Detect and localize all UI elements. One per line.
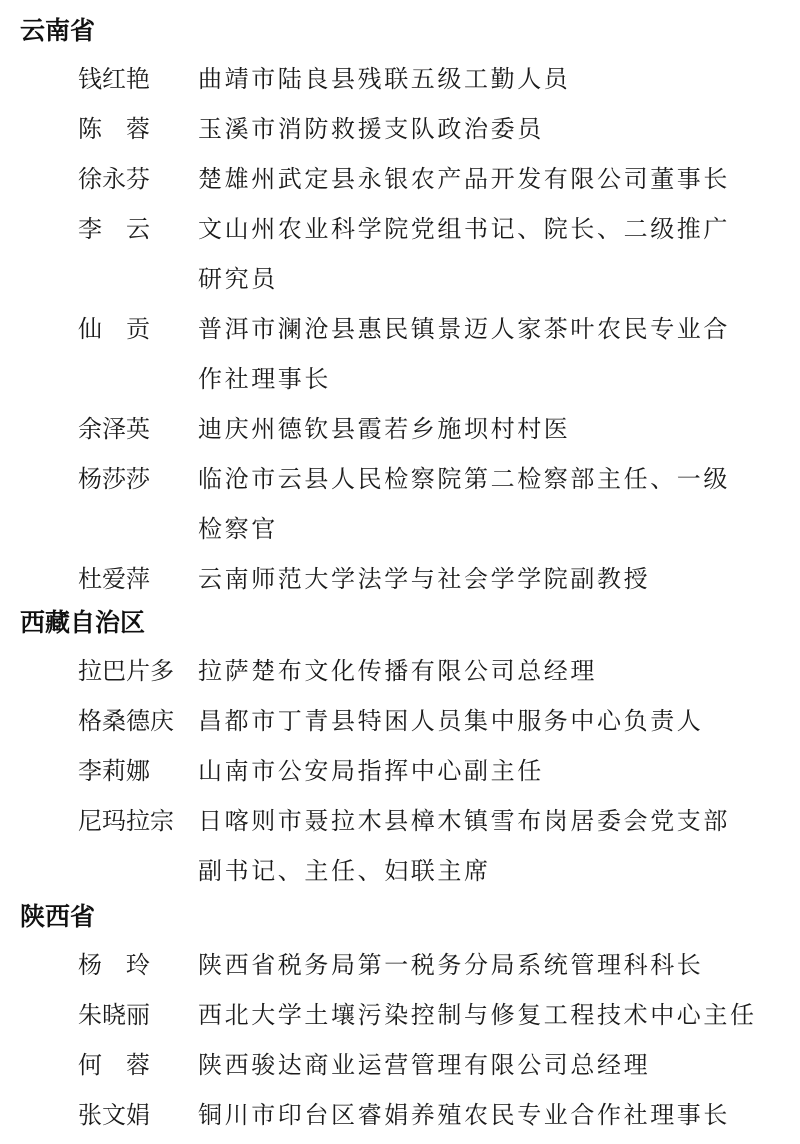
entry-description: 楚雄州武定县永银农产品开发有限公司董事长 (198, 164, 788, 194)
entry-name: 拉巴片多 (78, 656, 188, 686)
entry-description-continued: 研究员 (198, 264, 788, 294)
entry-description: 普洱市澜沧县惠民镇景迈人家茶叶农民专业合 (198, 314, 788, 344)
entry-name: 徐永芬 (78, 164, 188, 194)
entry-description: 山南市公安局指挥中心副主任 (198, 756, 788, 786)
entry-name: 仙 贡 (78, 314, 188, 344)
entry-description: 云南师范大学法学与社会学学院副教授 (198, 564, 788, 594)
entry-description-continued: 副书记、主任、妇联主席 (198, 856, 788, 886)
entry-description: 文山州农业科学院党组书记、院长、二级推广 (198, 214, 788, 244)
section-title-shaanxi: 陕西省 (20, 902, 95, 932)
section-title-xizang: 西藏自治区 (20, 608, 145, 638)
entry-description: 陕西骏达商业运营管理有限公司总经理 (198, 1050, 788, 1080)
entry-description-continued: 检察官 (198, 514, 788, 544)
entry-name: 格桑德庆 (78, 706, 188, 736)
entry-name: 杨 玲 (78, 950, 188, 980)
entry-description: 陕西省税务局第一税务分局系统管理科科长 (198, 950, 788, 980)
entry-name: 钱红艳 (78, 64, 188, 94)
entry-description: 西北大学土壤污染控制与修复工程技术中心主任 (198, 1000, 788, 1030)
entry-name: 杨莎莎 (78, 464, 188, 494)
entry-description: 拉萨楚布文化传播有限公司总经理 (198, 656, 788, 686)
entry-description: 铜川市印台区睿娟养殖农民专业合作社理事长 (198, 1100, 788, 1130)
entry-name: 朱晓丽 (78, 1000, 188, 1030)
entry-name: 李 云 (78, 214, 188, 244)
entry-name: 余泽英 (78, 414, 188, 444)
entry-name: 李莉娜 (78, 756, 188, 786)
entry-description-continued: 作社理事长 (198, 364, 788, 394)
entry-name: 何 蓉 (78, 1050, 188, 1080)
entry-description: 日喀则市聂拉木县樟木镇雪布岗居委会党支部 (198, 806, 788, 836)
entry-name: 张文娟 (78, 1100, 188, 1130)
entry-name: 尼玛拉宗 (78, 806, 188, 836)
entry-description: 昌都市丁青县特困人员集中服务中心负责人 (198, 706, 788, 736)
entry-description: 曲靖市陆良县残联五级工勤人员 (198, 64, 788, 94)
entry-description: 玉溪市消防救援支队政治委员 (198, 114, 788, 144)
section-title-yunnan: 云南省 (20, 16, 95, 46)
entry-description: 临沧市云县人民检察院第二检察部主任、一级 (198, 464, 788, 494)
entry-name: 杜爱萍 (78, 564, 188, 594)
entry-description: 迪庆州德钦县霞若乡施坝村村医 (198, 414, 788, 444)
entry-name: 陈 蓉 (78, 114, 188, 144)
